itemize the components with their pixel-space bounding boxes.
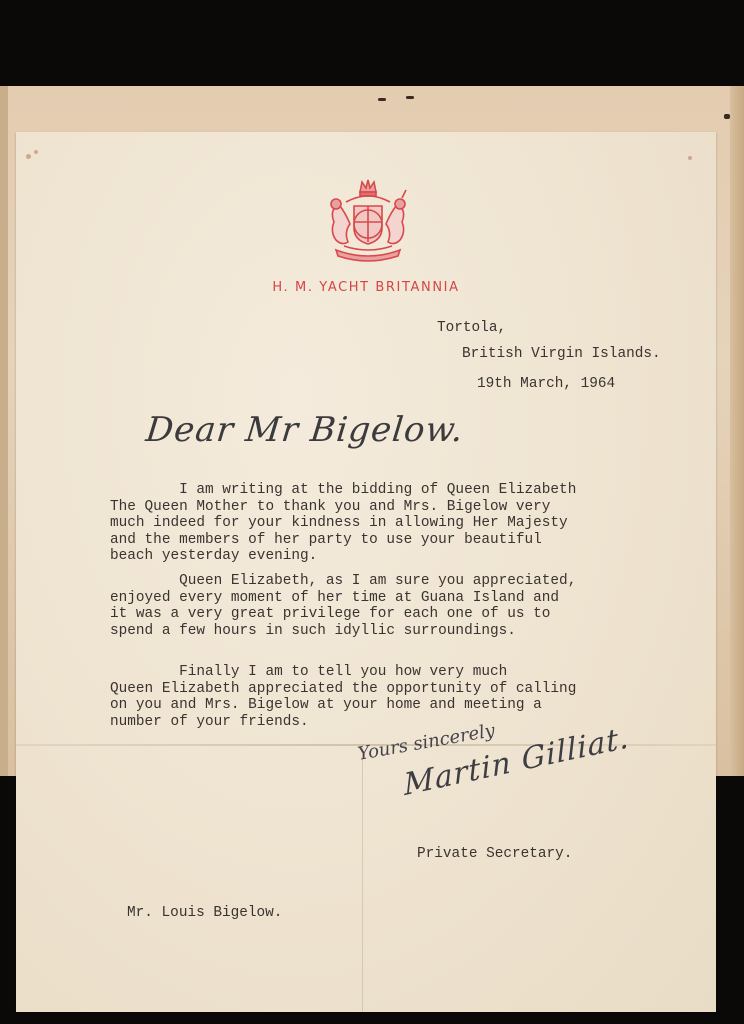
address-line-1: Tortola,	[437, 320, 506, 337]
body-paragraph-3: Finally I am to tell you how very much Q…	[110, 664, 576, 730]
letterhead-title: H. M. YACHT BRITANNIA	[16, 280, 716, 295]
fold-crease-vertical	[362, 744, 363, 1012]
tack-mark	[724, 114, 730, 119]
address-line-2: British Virgin Islands.	[462, 346, 661, 363]
letter-date: 19th March, 1964	[477, 376, 615, 393]
foxing-spot	[34, 150, 38, 154]
foxing-spot	[26, 154, 31, 159]
letter-sheet: H. M. YACHT BRITANNIA Tortola, British V…	[16, 132, 716, 1012]
handwritten-salutation: Dear Mr Bigelow.	[144, 410, 466, 450]
recipient-name: Mr. Louis Bigelow.	[127, 905, 282, 922]
signatory-title: Private Secretary.	[417, 846, 572, 863]
photo-scene: H. M. YACHT BRITANNIA Tortola, British V…	[0, 0, 744, 1024]
body-paragraph-2: Queen Elizabeth, as I am sure you apprec…	[110, 573, 576, 639]
foxing-spot	[688, 156, 692, 160]
tack-mark	[378, 98, 386, 101]
tack-mark	[406, 96, 414, 99]
board-edge	[730, 86, 744, 776]
body-paragraph-1: I am writing at the bidding of Queen Eli…	[110, 482, 576, 565]
royal-crest-icon	[322, 176, 414, 264]
